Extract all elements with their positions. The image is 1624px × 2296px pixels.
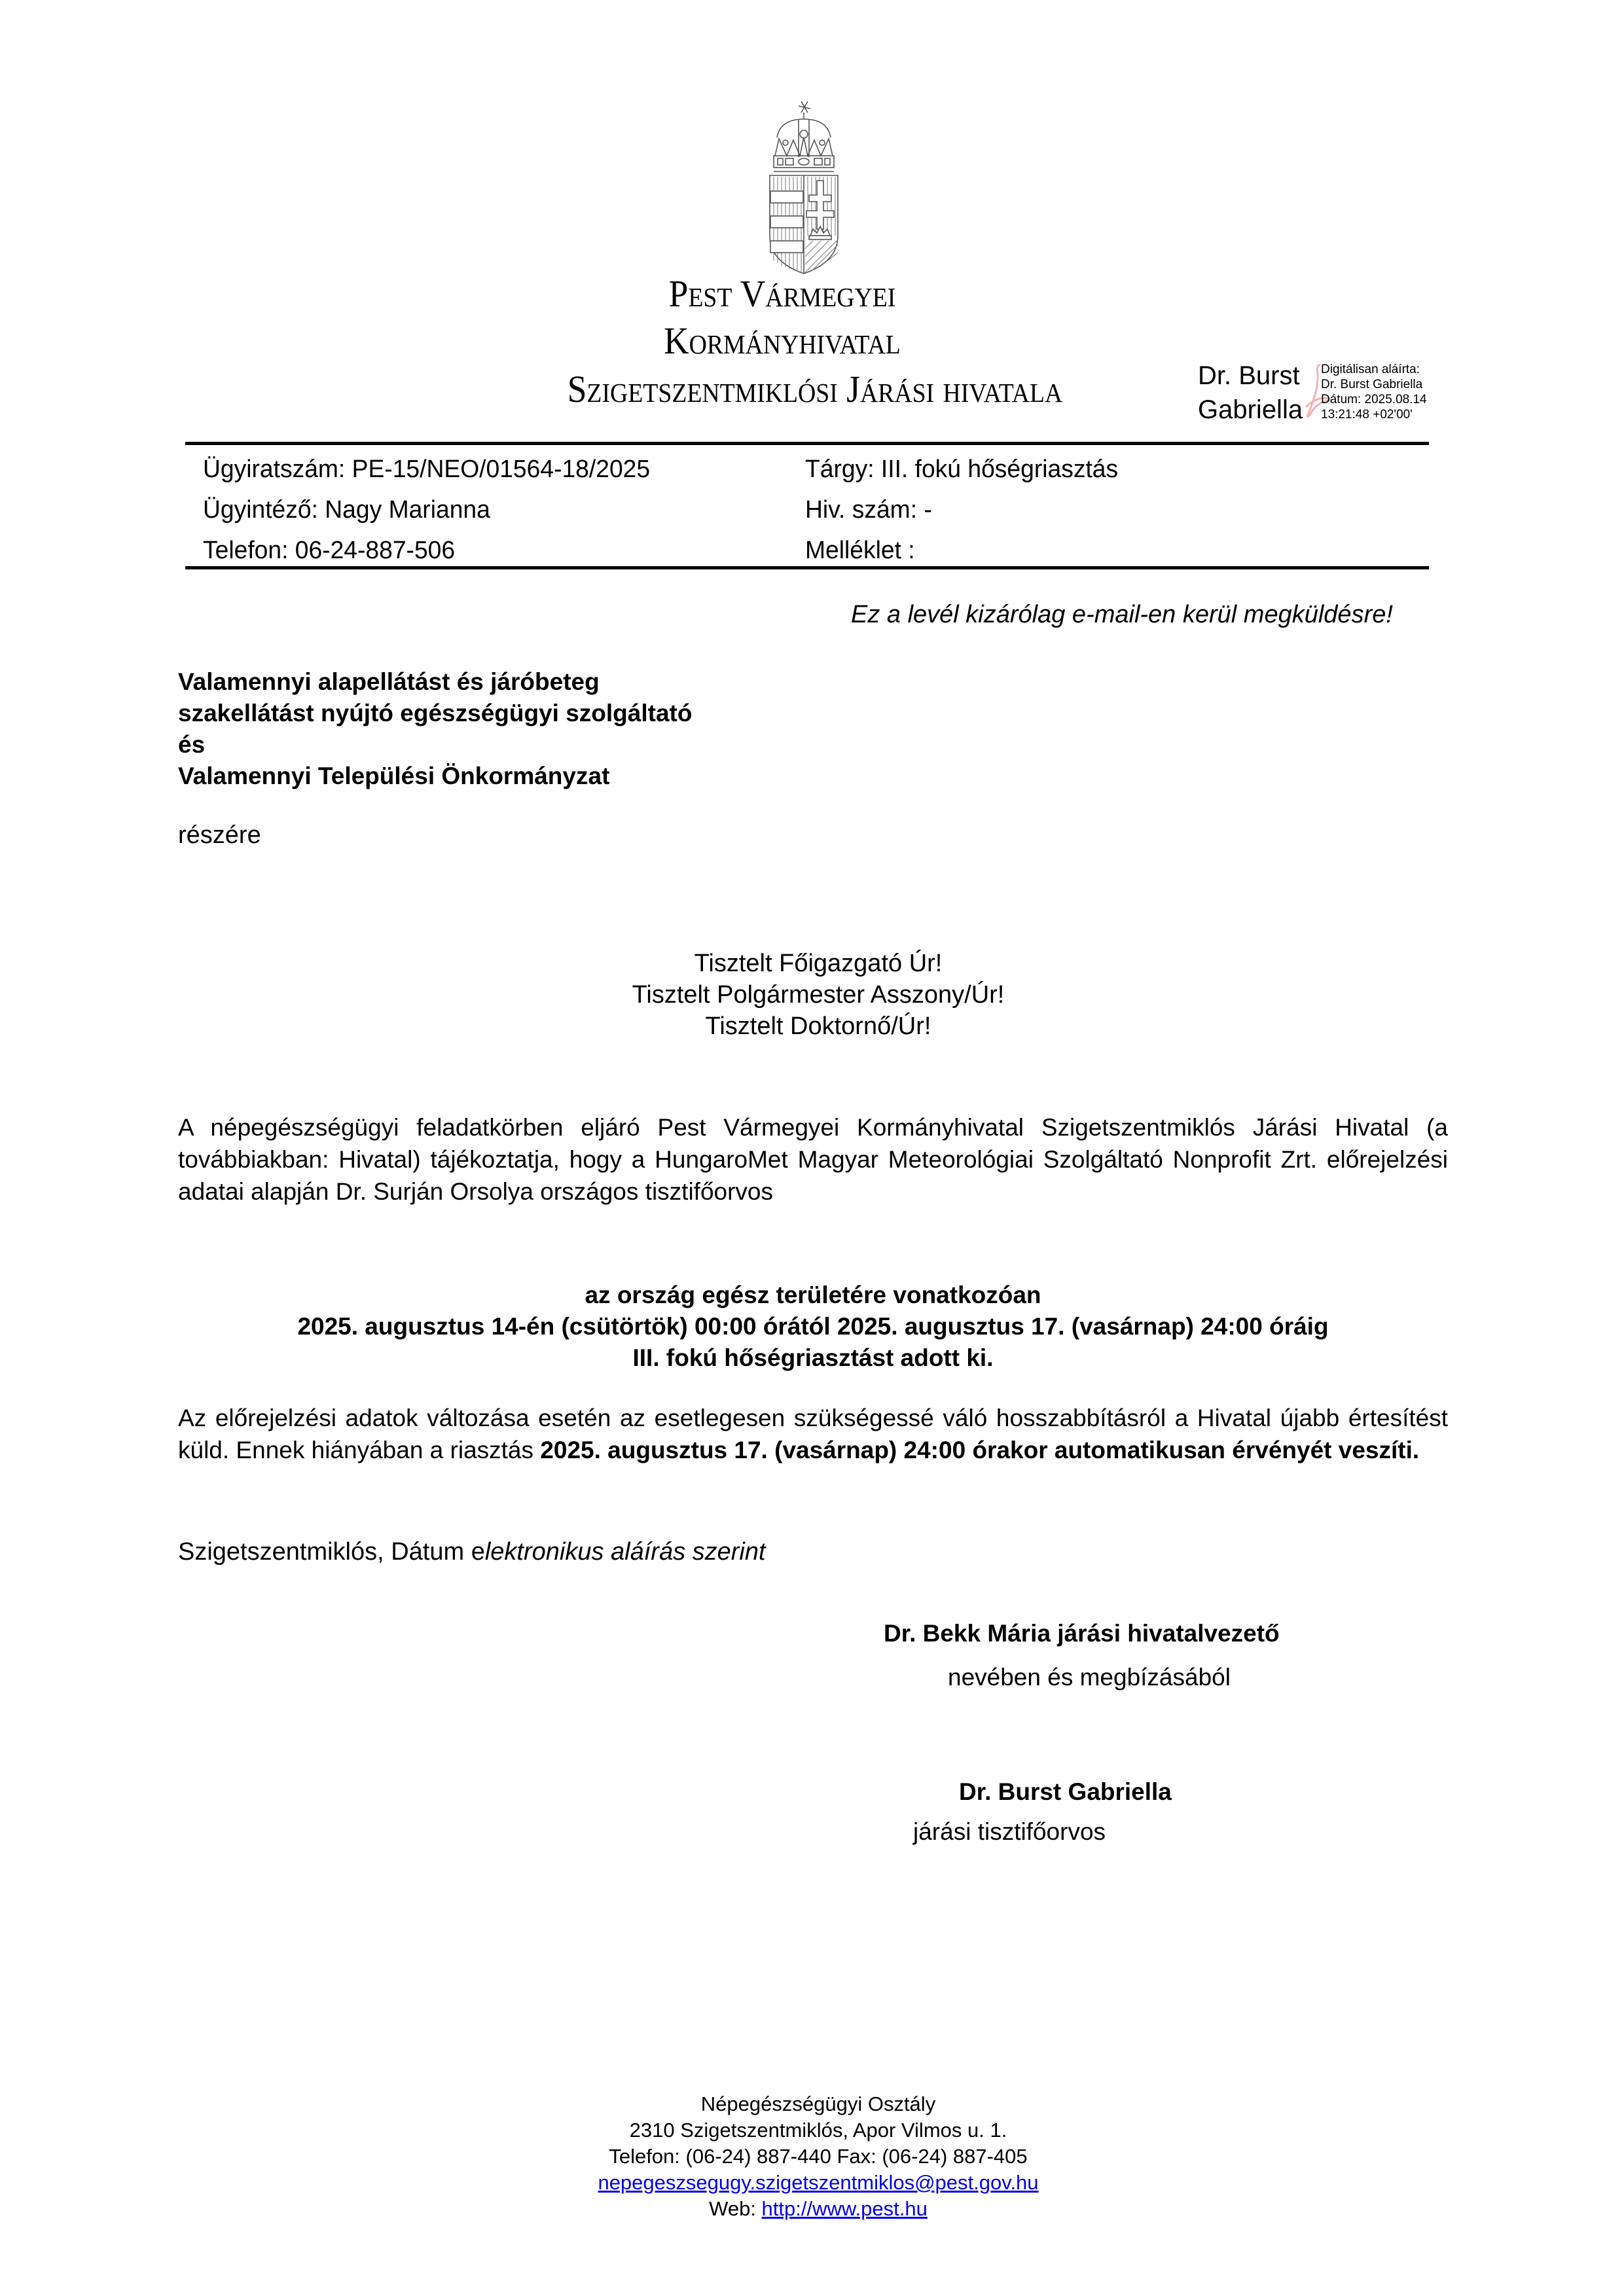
heat-alert-decision: az ország egész területére vonatkozóan 2… [178, 1280, 1448, 1374]
body-paragraph-1: A népegészségügyi feladatkörben eljáró P… [178, 1111, 1448, 1208]
footer-email-link[interactable]: nepegeszsegugy.szigetszentmiklos@pest.go… [598, 2171, 1038, 2194]
hungarian-coat-of-arms-icon [761, 98, 846, 278]
case-administrator: Ügyintéző: Nagy Marianna [203, 497, 490, 522]
footer-address: 2310 Szigetszentmiklós, Apor Vilmos u. 1… [458, 2117, 1178, 2144]
signature-name-line-1: Dr. Burst [1198, 359, 1303, 393]
reference-number: Ügyiratszám: PE-15/NEO/01564-18/2025 [203, 457, 650, 482]
addressee-line: és [178, 729, 692, 761]
addressee-line: Valamennyi alapellátást és járóbeteg [178, 666, 692, 698]
footer-phone-fax: Telefon: (06-24) 887-440 Fax: (06-24) 88… [458, 2144, 1178, 2170]
subject: Tárgy: III. fokú hőségriasztás [805, 457, 1118, 482]
footer-web-link[interactable]: http://www.pest.hu [762, 2197, 928, 2220]
signature-detail-line: Digitálisan aláírta: [1321, 362, 1427, 377]
addressee-line: Valamennyi Települési Önkormányzat [178, 761, 692, 792]
agency-title-line-3: Szigetszentmiklósi Járási hivatala [487, 370, 1144, 408]
body-paragraph-2: Az előrejelzési adatok változása esetén … [178, 1402, 1448, 1466]
addressee-line: szakellátást nyújtó egészségügyi szolgál… [178, 698, 692, 729]
email-delivery-note: Ez a levél kizárólag e-mail-en kerül meg… [851, 601, 1393, 629]
agency-title-line-1: Pest Vármegyei [520, 275, 1044, 313]
decision-line: III. fokú hőségriasztást adott ki. [178, 1342, 1448, 1374]
head-of-office-name: Dr. Bekk Mária járási hivatalvezető [884, 1620, 1280, 1647]
addressee-block: Valamennyi alapellátást és járóbeteg sza… [178, 666, 692, 792]
signing-officer-title: járási tisztifőorvos [913, 1818, 1106, 1846]
signature-detail-line: 13:21:48 +02'00' [1321, 407, 1427, 422]
addressee-suffix: részére [178, 821, 261, 850]
footer-contact: Népegészségügyi Osztály 2310 Szigetszent… [458, 2091, 1178, 2222]
signature-detail-line: Dr. Burst Gabriella [1321, 377, 1427, 392]
footer-web-label: Web: [709, 2197, 761, 2220]
place-date-italic: lektronikus aláírás szerint [485, 1538, 766, 1566]
paragraph-2-emphasis: 2025. augusztus 17. (vasárnap) 24:00 óra… [540, 1437, 1419, 1463]
signature-detail-line: Dátum: 2025.08.14 [1321, 392, 1427, 407]
administrator-phone: Telefon: 06-24-887-506 [203, 538, 455, 563]
salutation: Tisztelt Főigazgató Úr! Tisztelt Polgárm… [458, 948, 1178, 1042]
place-and-date: Szigetszentmiklós, Dátum elektronikus al… [178, 1538, 766, 1566]
decision-line: az ország egész területére vonatkozóan [178, 1280, 1448, 1311]
on-behalf-note: nevében és megbízásából [948, 1664, 1231, 1691]
place-date-text: Szigetszentmiklós, Dátum e [178, 1538, 485, 1566]
attachment: Melléklet : [805, 538, 915, 563]
salutation-line: Tisztelt Doktornő/Úr! [458, 1011, 1178, 1042]
digital-signature-name: Dr. Burst Gabriella [1198, 359, 1303, 427]
header-rule-top [185, 442, 1429, 445]
salutation-line: Tisztelt Főigazgató Úr! [458, 948, 1178, 979]
decision-line: 2025. augusztus 14-én (csütörtök) 00:00 … [178, 1311, 1448, 1342]
digital-signature-details: Digitálisan aláírta: Dr. Burst Gabriella… [1321, 362, 1427, 422]
header-rule-bottom [185, 566, 1429, 569]
signature-name-line-2: Gabriella [1198, 393, 1303, 427]
signing-officer-name: Dr. Burst Gabriella [959, 1778, 1172, 1806]
their-reference: Hiv. szám: - [805, 497, 932, 522]
footer-department: Népegészségügyi Osztály [458, 2091, 1178, 2117]
agency-title-line-2: Kormányhivatal [520, 322, 1044, 360]
salutation-line: Tisztelt Polgármester Asszony/Úr! [458, 979, 1178, 1011]
